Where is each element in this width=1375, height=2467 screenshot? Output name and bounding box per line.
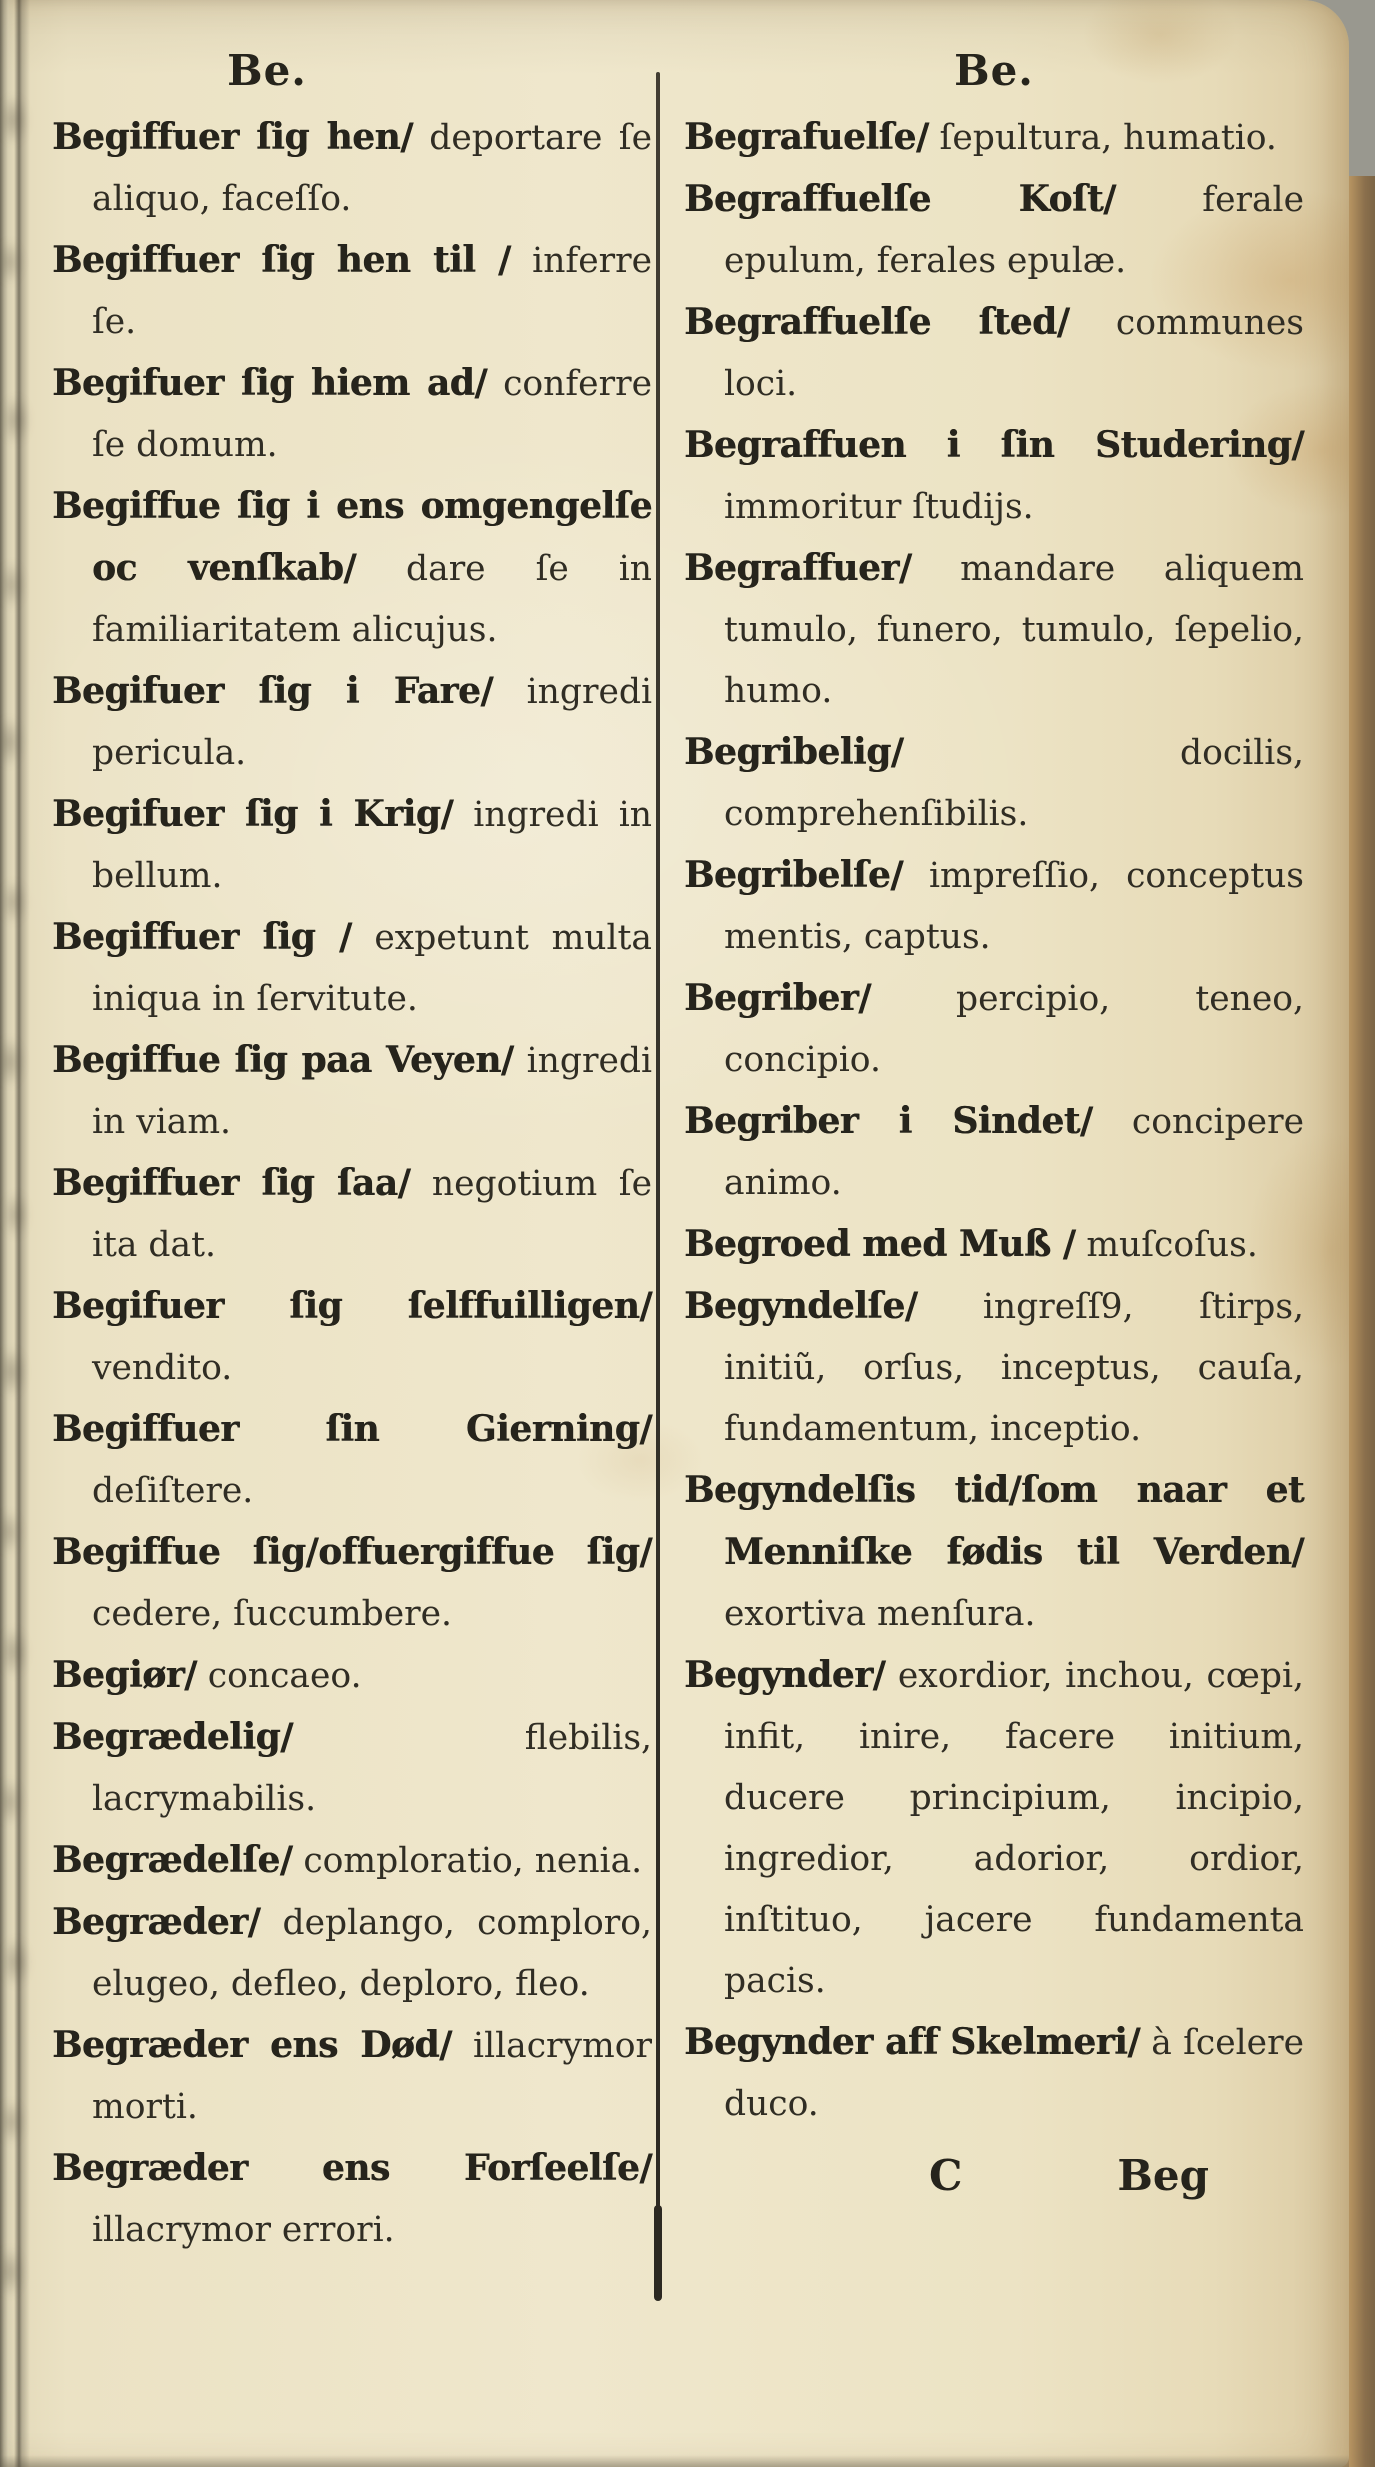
translation-latin: immoritur ſtudijs. xyxy=(724,487,1034,527)
dictionary-entry: Begifuer ſig i Fare/ ingredi pericula. xyxy=(52,661,652,784)
headword-danish: Begribelſe/ xyxy=(684,854,903,896)
dictionary-entry: Begifuer ſig i Krig/ ingredi in bellum. xyxy=(52,784,652,907)
running-header-left: Be. xyxy=(52,46,482,95)
headword-danish: Begyndelſe/ xyxy=(684,1285,917,1327)
dictionary-entry: Begraffuen i ſin Studering/ immoritur ſt… xyxy=(684,415,1304,538)
translation-latin: comploratio, nenia. xyxy=(292,1841,642,1881)
dictionary-entry: Begrafuelſe/ ſepultura, humatio. xyxy=(684,107,1304,169)
dictionary-entry: Begraffuelſe ſted/ communes loci. xyxy=(684,292,1304,415)
dictionary-entry: Begiffue ſig/offuergiffue ſig/ cedere, ſ… xyxy=(52,1522,652,1645)
dictionary-entry: Begynder aff Skelmeri/ à ſcelere duco. xyxy=(684,2012,1304,2135)
dictionary-entry: Begriber i Sindet/ concipere animo. xyxy=(684,1091,1304,1214)
dictionary-entry: Begræder ens Forſeelſe/ illacrymor error… xyxy=(52,2138,652,2261)
dictionary-entry: Begiør/ concaeo. xyxy=(52,1645,652,1707)
headword-danish: Begrædelſe/ xyxy=(52,1839,292,1881)
right-column: Be. Begrafuelſe/ ſepultura, humatio.Begr… xyxy=(684,46,1304,2200)
headword-danish: Begrafuelſe/ xyxy=(684,116,929,158)
headword-danish: Begifuer ſig i Fare/ xyxy=(52,670,493,712)
headword-danish: Begiffuer ſig hen til / xyxy=(52,239,511,281)
dictionary-entry: Begiffuer ſig hen/ deportare ſe aliquo, … xyxy=(52,107,652,230)
signature-row: C Beg xyxy=(684,2151,1304,2200)
dictionary-entry: Begiffuer ſig ſaa/ negotium ſe ita dat. xyxy=(52,1153,652,1276)
dictionary-entry: Begiffuer ſig / expetunt multa iniqua in… xyxy=(52,907,652,1030)
headword-danish: Begifuer ſig hiem ad/ xyxy=(52,362,487,404)
headword-danish: Begræder ens Død/ xyxy=(52,2024,452,2066)
headword-danish: Begiffuer ſig ſaa/ xyxy=(52,1162,410,1204)
headword-danish: Begræder ens Forſeelſe/ xyxy=(52,2147,652,2189)
dictionary-entry: Begraffuer/ mandare aliquem tumulo, fune… xyxy=(684,538,1304,722)
dictionary-entry: Begribelſe/ impreſſio, conceptus mentis,… xyxy=(684,845,1304,968)
headword-danish: Begifuer ſig i Krig/ xyxy=(52,793,453,835)
translation-latin: exordior, inchou, cœpi, infit, inire, fa… xyxy=(724,1656,1304,2001)
translation-latin: muſcoſus. xyxy=(1075,1225,1257,1265)
dictionary-entry: Begræder ens Død/ illacrymor morti. xyxy=(52,2015,652,2138)
dictionary-entry: Begraffuelſe Koſt/ ferale epulum, ferale… xyxy=(684,169,1304,292)
translation-latin: concaeo. xyxy=(197,1656,362,1696)
headword-danish: Begynder aff Skelmeri/ xyxy=(684,2021,1140,2063)
headword-danish: Begiffue ſig/offuergiffue ſig/ xyxy=(52,1531,652,1573)
headword-danish: Begroed med Muß / xyxy=(684,1223,1075,1265)
headword-danish: Begiør/ xyxy=(52,1654,197,1696)
ink-showthrough-smudges xyxy=(0,0,48,2467)
dictionary-entry: Begyndelſe/ ingreſſ9, ſtirps, initiũ, or… xyxy=(684,1276,1304,1460)
dictionary-entry: Begiffue ſig paa Veyen/ ingredi in viam. xyxy=(52,1030,652,1153)
headword-danish: Begiffuer ſig / xyxy=(52,916,352,958)
translation-latin: vendito. xyxy=(92,1348,232,1388)
dictionary-entry: Begrædelig/ flebilis, lacrymabilis. xyxy=(52,1707,652,1830)
dictionary-entry: Begiffue ſig i ens omgengelſe oc venſkab… xyxy=(52,476,652,661)
headword-danish: Begriber/ xyxy=(684,977,871,1019)
headword-danish: Begriber i Sindet/ xyxy=(684,1100,1093,1142)
dictionary-entry: Begribelig/ docilis, comprehenſibilis. xyxy=(684,722,1304,845)
headword-danish: Begraffuen i ſin Studering/ xyxy=(684,424,1304,466)
translation-latin: cedere, ſuccumbere. xyxy=(92,1594,452,1634)
catchword: Beg xyxy=(1117,2151,1209,2200)
headword-danish: Begynder/ xyxy=(684,1654,885,1696)
dictionary-entry: Begifuer ſig ſelffuilligen/ vendito. xyxy=(52,1276,652,1399)
column-divider-rule xyxy=(656,72,660,2297)
dictionary-entry: Begriber/ percipio, teneo, concipio. xyxy=(684,968,1304,1091)
headword-danish: Begribelig/ xyxy=(684,731,903,773)
dictionary-entry: Begiffuer ſin Gierning/ deſiſtere. xyxy=(52,1399,652,1522)
headword-danish: Begraffuer/ xyxy=(684,547,911,589)
translation-latin: ſepultura, humatio. xyxy=(929,118,1277,158)
translation-latin: deſiſtere. xyxy=(92,1471,253,1511)
dictionary-entry: Begroed med Muß / muſcoſus. xyxy=(684,1214,1304,1276)
headword-danish: Begyndelſis tid/ſom naar et Menniſke fød… xyxy=(684,1469,1304,1573)
dictionary-entry: Begiffuer ſig hen til / inferre ſe. xyxy=(52,230,652,353)
translation-latin: exortiva menſura. xyxy=(724,1594,1035,1634)
dictionary-entry: Begifuer ſig hiem ad/ conferre ſe domum. xyxy=(52,353,652,476)
signature-mark: C xyxy=(929,2151,962,2200)
headword-danish: Begraffuelſe ſted/ xyxy=(684,301,1069,343)
left-entries-list: Begiffuer ſig hen/ deportare ſe aliquo, … xyxy=(52,107,652,2261)
dictionary-entry: Begynder/ exordior, inchou, cœpi, infit,… xyxy=(684,1645,1304,2012)
headword-danish: Begrædelig/ xyxy=(52,1716,293,1758)
scanned-page-paper: Be. Begiffuer ſig hen/ deportare ſe aliq… xyxy=(0,0,1349,2467)
left-column: Be. Begiffuer ſig hen/ deportare ſe aliq… xyxy=(52,46,652,2261)
headword-danish: Begifuer ſig ſelffuilligen/ xyxy=(52,1285,652,1327)
headword-danish: Begiffue ſig paa Veyen/ xyxy=(52,1039,514,1081)
running-header-right: Be. xyxy=(684,46,1304,95)
headword-danish: Begiffuer ſig hen/ xyxy=(52,116,413,158)
headword-danish: Begiffuer ſin Gierning/ xyxy=(52,1408,652,1450)
headword-danish: Begræder/ xyxy=(52,1901,260,1943)
translation-latin: illacrymor errori. xyxy=(92,2210,395,2250)
dictionary-entry: Begrædelſe/ comploratio, nenia. xyxy=(52,1830,652,1892)
headword-danish: Begraffuelſe Koſt/ xyxy=(684,178,1116,220)
dictionary-entry: Begyndelſis tid/ſom naar et Menniſke fød… xyxy=(684,1460,1304,1645)
dictionary-entry: Begræder/ deplango, comploro, elugeo, de… xyxy=(52,1892,652,2015)
right-entries-list: Begrafuelſe/ ſepultura, humatio.Begraffu… xyxy=(684,107,1304,2135)
